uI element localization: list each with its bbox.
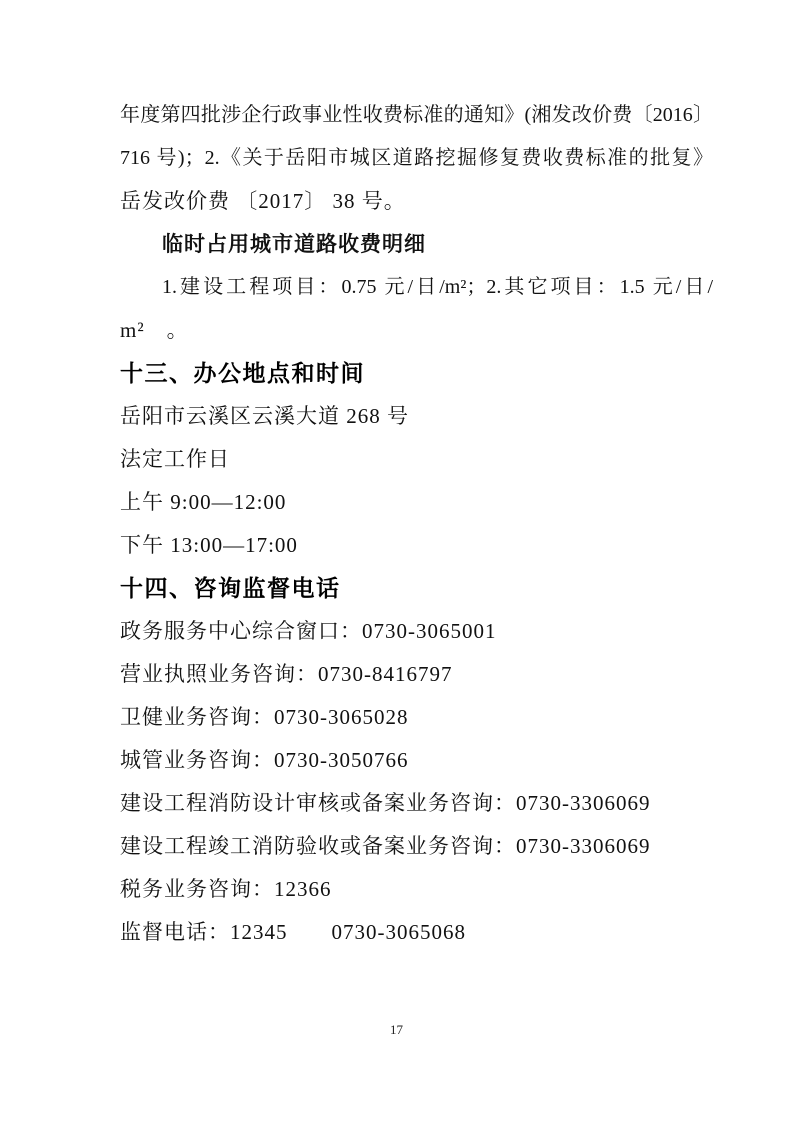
paragraph-line: 年度第四批涉企行政事业性收费标准的通知》(湘发改价费〔2016〕 xyxy=(120,94,713,137)
section-14-heading: 十四、咨询监督电话 xyxy=(120,567,713,610)
working-days-line: 法定工作日 xyxy=(120,438,713,481)
phone-line: 建设工程消防设计审核或备案业务咨询：0730-3306069 xyxy=(120,782,713,825)
paragraph-line: 岳发改价费 〔2017〕 38 号。 xyxy=(120,180,713,223)
phone-line: 城管业务咨询：0730-3050766 xyxy=(120,739,713,782)
phone-line: 政务服务中心综合窗口：0730-3065001 xyxy=(120,610,713,653)
phone-line: 税务业务咨询：12366 xyxy=(120,868,713,911)
fee-detail-line: m² 。 xyxy=(120,309,713,352)
office-address-line: 岳阳市云溪区云溪大道 268 号 xyxy=(120,395,713,438)
phone-line: 卫健业务咨询：0730-3065028 xyxy=(120,696,713,739)
afternoon-hours-line: 下午 13:00—17:00 xyxy=(120,524,713,567)
fee-detail-line: 1.建设工程项目：0.75 元/日/m²；2.其它项目：1.5 元/日/ xyxy=(120,266,713,309)
section-13-heading: 十三、办公地点和时间 xyxy=(120,352,713,395)
phone-line: 营业执照业务咨询：0730-8416797 xyxy=(120,653,713,696)
paragraph-line: 716 号)；2.《关于岳阳市城区道路挖掘修复费收费标准的批复》 xyxy=(120,137,713,180)
document-body: 年度第四批涉企行政事业性收费标准的通知》(湘发改价费〔2016〕 716 号)；… xyxy=(120,94,713,954)
document-page: 年度第四批涉企行政事业性收费标准的通知》(湘发改价费〔2016〕 716 号)；… xyxy=(0,0,793,1122)
page-number: 17 xyxy=(0,1020,793,1040)
phone-line: 建设工程竣工消防验收或备案业务咨询：0730-3306069 xyxy=(120,825,713,868)
fee-detail-subheading: 临时占用城市道路收费明细 xyxy=(120,223,713,266)
phone-line: 监督电话：12345 0730-3065068 xyxy=(120,911,713,954)
morning-hours-line: 上午 9:00—12:00 xyxy=(120,481,713,524)
